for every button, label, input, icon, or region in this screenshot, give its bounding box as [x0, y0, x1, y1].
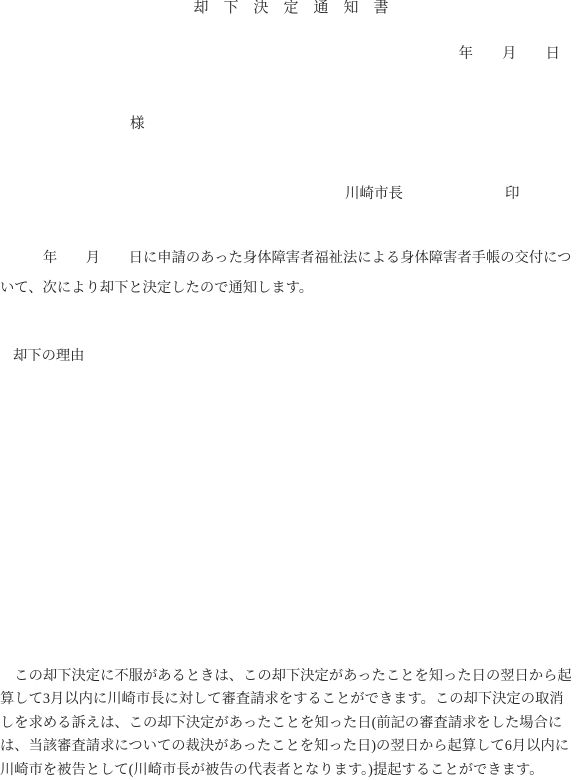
issue-date-line: 年 月 日 [0, 46, 582, 63]
appeal-instructions-line: この却下決定に不服があるときは、この却下決定があったことを知った日の翌日から起 [0, 665, 582, 688]
rejection-reason-label: 却下の理由 [0, 348, 582, 365]
notification-body-paragraph: 年 月 日に申請のあった身体障害者福祉法による身体障害者手帳の交付につ いて、次… [0, 243, 582, 303]
notification-body-line: 年 月 日に申請のあった身体障害者福祉法による身体障害者手帳の交付につ [0, 243, 582, 273]
issuer-name: 川崎市長 [345, 186, 403, 203]
issuer-row: 川崎市長 印 [0, 186, 582, 204]
appeal-instructions-line: しを求める訴えは、この却下決定があったことを知った日(前記の審査請求をした場合に [0, 712, 582, 735]
rejection-notice-document: 却 下 決 定 通 知 書 年 月 日 様 川崎市長 印 年 月 日に申請のあっ… [0, 0, 582, 780]
appeal-instructions-line: 算して3月以内に川崎市長に対して審査請求をすることができます。この却下決定の取消 [0, 688, 582, 711]
appeal-instructions-line: 川崎市を被告として(川崎市長が被告の代表者となります。)提起することができます。 [0, 759, 582, 780]
addressee-honorific: 様 [0, 116, 582, 133]
appeal-instructions-line: は、当該審査請求についての裁決があったことを知った日)の翌日から起算して6月以内… [0, 735, 582, 758]
document-title: 却 下 決 定 通 知 書 [0, 0, 582, 17]
notification-body-line: いて、次により却下と決定したので通知します。 [0, 273, 582, 303]
appeal-instructions-paragraph: この却下決定に不服があるときは、この却下決定があったことを知った日の翌日から起 … [0, 665, 582, 780]
seal-mark: 印 [505, 186, 520, 203]
